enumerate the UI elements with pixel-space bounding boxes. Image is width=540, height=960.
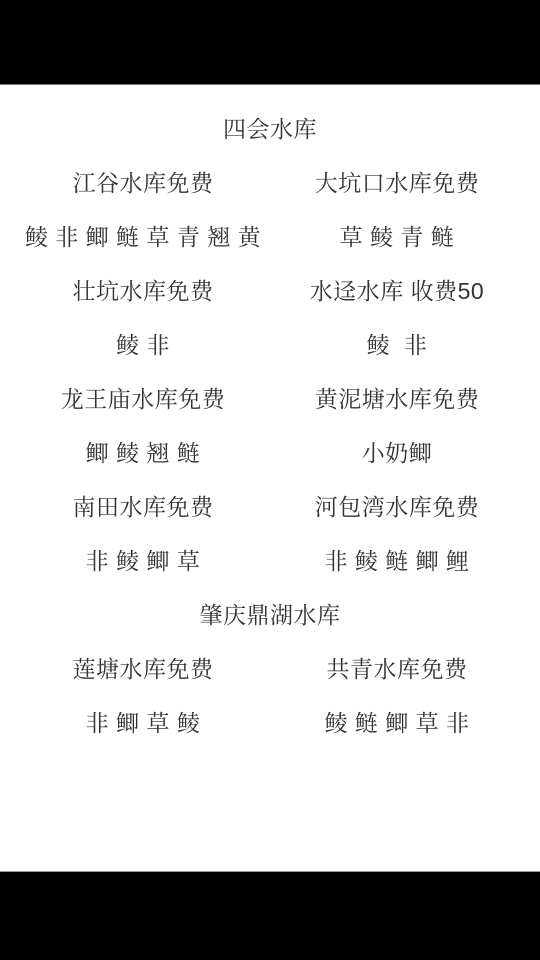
fish-species-row: 非 鲫 草 鲮 鲮 鲢 鲫 草 非 bbox=[16, 696, 524, 750]
reservoir-name: 壮坑水库免费 bbox=[16, 280, 270, 303]
reservoir-name: 南田水库免费 bbox=[16, 496, 270, 519]
reservoir-name-row: 龙王庙水库免费 黄泥塘水库免费 bbox=[16, 372, 524, 426]
phone-screen: 四会水库 江谷水库免费 大坑口水库免费 鲮 非 鲫 鲢 草 青 翘 黄 草 鲮 … bbox=[0, 0, 540, 960]
reservoir-name-row: 莲塘水库免费 共青水库免费 bbox=[16, 642, 524, 696]
fish-species-list: 非 鲫 草 鲮 bbox=[16, 712, 270, 735]
fish-species-list: 鲮 鲢 鲫 草 非 bbox=[270, 712, 524, 735]
bottom-black-bar bbox=[0, 872, 540, 960]
section-title: 肇庆鼎湖水库 bbox=[200, 604, 341, 627]
fish-species-list: 非 鲮 鲢 鲫 鲤 bbox=[270, 550, 524, 573]
reservoir-name-row: 江谷水库免费 大坑口水库免费 bbox=[16, 156, 524, 210]
fish-species-list: 鲮 非 鲫 鲢 草 青 翘 黄 bbox=[16, 226, 270, 249]
fish-species-list: 鲮 非 bbox=[16, 334, 270, 357]
reservoir-name: 共青水库免费 bbox=[270, 658, 524, 681]
fish-species-row: 鲮 非 鲫 鲢 草 青 翘 黄 草 鲮 青 鲢 bbox=[16, 210, 524, 264]
reservoir-name-row: 南田水库免费 河包湾水库免费 bbox=[16, 480, 524, 534]
reservoir-name-row: 壮坑水库免费 水迳水库 收费50 bbox=[16, 264, 524, 318]
fish-species-list: 鲮 非 bbox=[270, 334, 524, 357]
reservoir-name: 大坑口水库免费 bbox=[270, 172, 524, 195]
fish-species-row: 鲫 鲮 翘 鲢 小奶鲫 bbox=[16, 426, 524, 480]
section-row: 肇庆鼎湖水库 bbox=[16, 588, 524, 642]
section-title: 四会水库 bbox=[223, 118, 317, 141]
reservoir-name: 江谷水库免费 bbox=[16, 172, 270, 195]
top-black-bar bbox=[0, 0, 540, 84]
reservoir-name: 莲塘水库免费 bbox=[16, 658, 270, 681]
fish-species-row: 非 鲮 鲫 草 非 鲮 鲢 鲫 鲤 bbox=[16, 534, 524, 588]
section-row: 四会水库 bbox=[16, 102, 524, 156]
fish-species-list: 草 鲮 青 鲢 bbox=[270, 226, 524, 249]
reservoir-name: 龙王庙水库免费 bbox=[16, 388, 270, 411]
reservoir-list-document: 四会水库 江谷水库免费 大坑口水库免费 鲮 非 鲫 鲢 草 青 翘 黄 草 鲮 … bbox=[0, 84, 540, 872]
fish-species-row: 鲮 非 鲮 非 bbox=[16, 318, 524, 372]
reservoir-name: 河包湾水库免费 bbox=[270, 496, 524, 519]
reservoir-name: 黄泥塘水库免费 bbox=[270, 388, 524, 411]
fish-species-list: 非 鲮 鲫 草 bbox=[16, 550, 270, 573]
reservoir-name: 水迳水库 收费50 bbox=[270, 280, 524, 303]
fish-species-list: 鲫 鲮 翘 鲢 bbox=[16, 442, 270, 465]
fish-species-list: 小奶鲫 bbox=[270, 442, 524, 465]
